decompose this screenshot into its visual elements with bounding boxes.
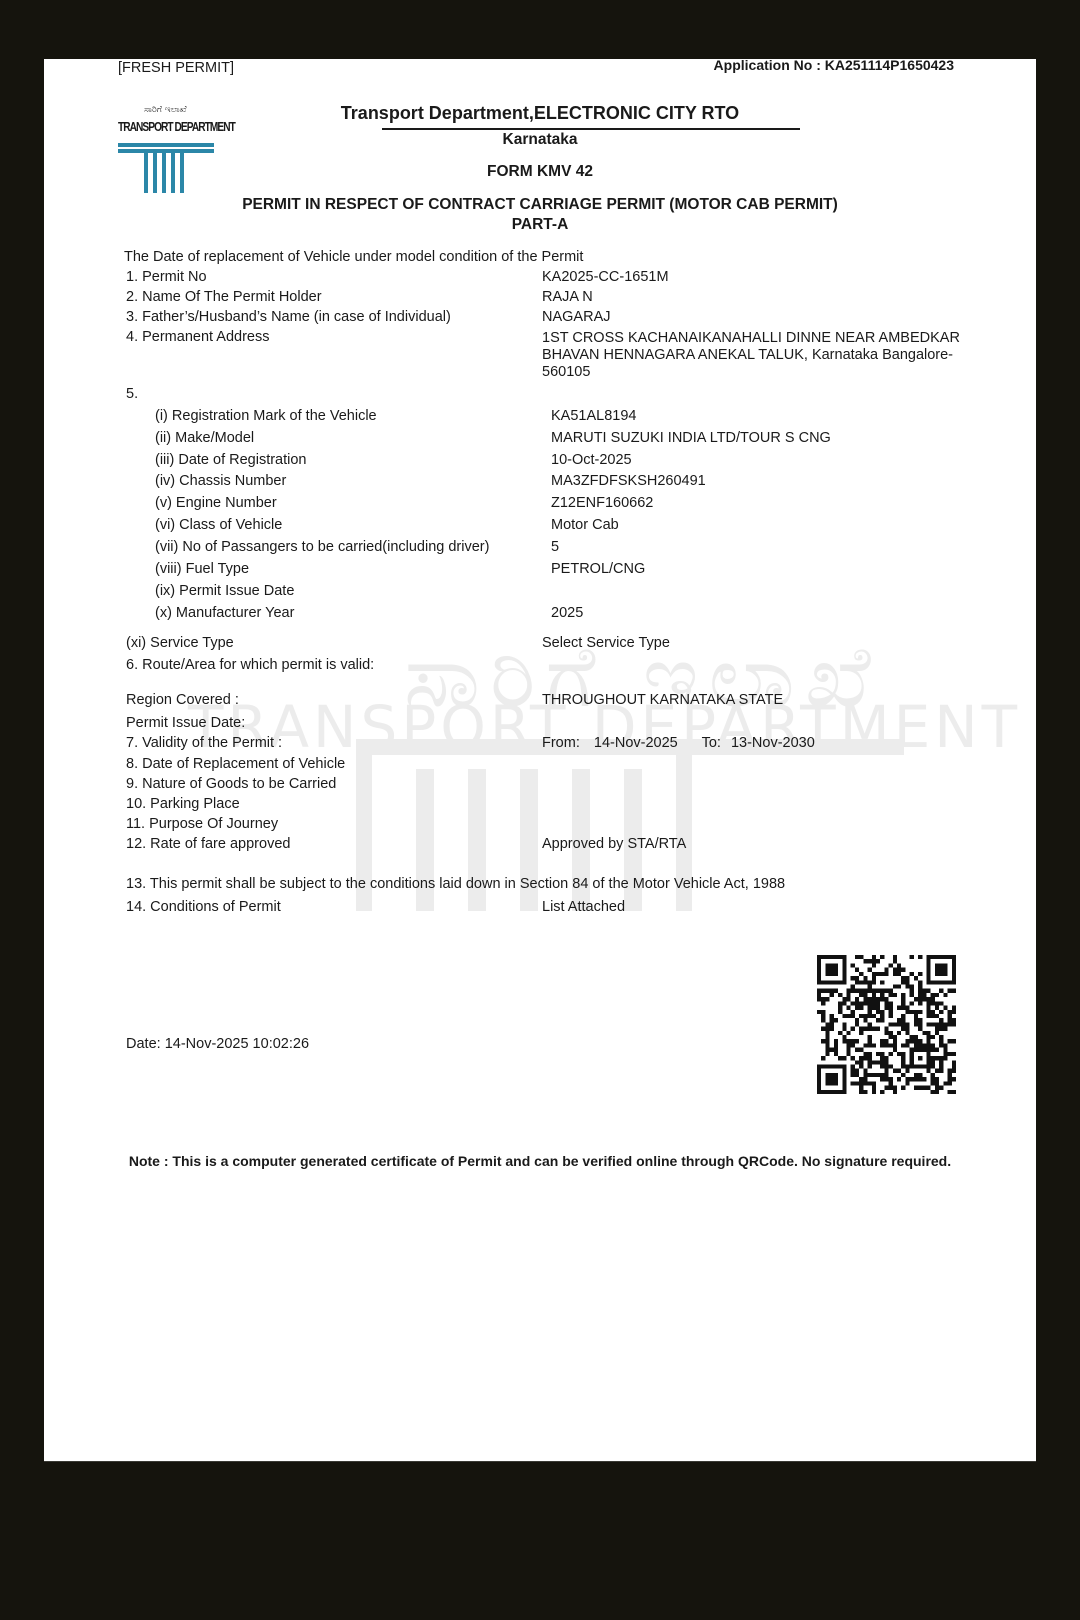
vehicle-field-label: (ix) Permit Issue Date — [155, 583, 294, 600]
route-label: 6. Route/Area for which permit is valid: — [126, 657, 374, 674]
vehicle-field-value: 10-Oct-2025 — [551, 452, 632, 469]
date-label: Date: — [126, 1036, 161, 1052]
vehicle-field-label: (vii) No of Passangers to be carried(inc… — [155, 539, 489, 556]
validity-from-label: From: — [542, 735, 580, 751]
permit-no-label: 1. Permit No — [126, 269, 207, 286]
title-underline — [382, 128, 800, 130]
vehicle-field-label: (v) Engine Number — [155, 495, 277, 512]
vehicle-field-label: (iii) Date of Registration — [155, 452, 307, 469]
permit-no-value: KA2025-CC-1651M — [542, 269, 669, 286]
validity-to-date: 13-Nov-2030 — [731, 735, 815, 751]
vehicle-field-label: (i) Registration Mark of the Vehicle — [155, 408, 377, 425]
permit-title: PERMIT IN RESPECT OF CONTRACT CARRIAGE P… — [44, 196, 1036, 214]
intro-line: The Date of replacement of Vehicle under… — [124, 249, 583, 266]
address-line: 560105 — [542, 364, 960, 381]
permit-issue-date-label: Permit Issue Date: — [126, 715, 245, 732]
holder-name-value: RAJA N — [542, 289, 593, 306]
application-no-value: KA251114P1650423 — [825, 57, 954, 73]
validity-to-label: To: — [702, 735, 721, 751]
logo-bar — [118, 149, 214, 153]
application-number: Application No : KA251114P1650423 — [714, 57, 954, 73]
parking-place-label: 10. Parking Place — [126, 796, 240, 813]
service-type-label: (xi) Service Type — [126, 635, 234, 652]
vehicle-field-value: MARUTI SUZUKI INDIA LTD/TOUR S CNG — [551, 430, 831, 447]
permit-document: ಸಾರಿಗೆ ಇಲಾಖೆ TRANSPORT DEPARTMENT [FRESH… — [44, 59, 1036, 1461]
replacement-date-label: 8. Date of Replacement of Vehicle — [126, 756, 345, 773]
vehicle-field-label: (iv) Chassis Number — [155, 473, 286, 490]
application-no-label: Application No : — [714, 57, 821, 73]
fare-label: 12. Rate of fare approved — [126, 836, 290, 853]
verification-note: Note : This is a computer generated cert… — [44, 1153, 1036, 1169]
form-name: FORM KMV 42 — [44, 163, 1036, 181]
vehicle-field-value: Z12ENF160662 — [551, 495, 653, 512]
permit-type-tag: [FRESH PERMIT] — [118, 60, 234, 76]
father-name-label: 3. Father’s/Husband’s Name (in case of I… — [126, 309, 451, 326]
validity-from-date: 14-Nov-2025 — [594, 735, 678, 751]
address-label: 4. Permanent Address — [126, 329, 269, 346]
purpose-label: 11. Purpose Of Journey — [126, 816, 278, 833]
validity-label: 7. Validity of the Permit : — [126, 735, 282, 752]
vehicle-field-value: KA51AL8194 — [551, 408, 636, 425]
state-name: Karnataka — [44, 131, 1036, 149]
vehicle-field-label: (ii) Make/Model — [155, 430, 254, 447]
nature-of-goods-label: 9. Nature of Goods to be Carried — [126, 776, 336, 793]
region-label: Region Covered : — [126, 692, 239, 709]
section-13-text: 13. This permit shall be subject to the … — [126, 876, 785, 893]
vehicle-field-label: (x) Manufacturer Year — [155, 605, 294, 622]
address-value: 1ST CROSS KACHANAIKANAHALLI DINNE NEAR A… — [542, 330, 960, 381]
issue-datetime: Date: 14-Nov-2025 10:02:26 — [126, 1036, 309, 1052]
office-title: Transport Department,ELECTRONIC CITY RTO — [44, 103, 1036, 124]
vehicle-field-value: PETROL/CNG — [551, 561, 645, 578]
vehicle-field-label: (viii) Fuel Type — [155, 561, 249, 578]
father-name-value: NAGARAJ — [542, 309, 611, 326]
address-line: 1ST CROSS KACHANAIKANAHALLI DINNE NEAR A… — [542, 330, 960, 347]
vehicle-field-label: (vi) Class of Vehicle — [155, 517, 282, 534]
qr-code-icon — [817, 955, 956, 1094]
date-value: 14-Nov-2025 10:02:26 — [165, 1036, 309, 1052]
address-line: BHAVAN HENNAGARA ANEKAL TALUK, Karnataka… — [542, 347, 960, 364]
vehicle-field-value: 2025 — [551, 605, 583, 622]
service-type-value: Select Service Type — [542, 635, 670, 652]
validity-value: From: 14-Nov-2025 To: 13-Nov-2030 — [542, 735, 815, 752]
part-label: PART-A — [44, 216, 1036, 234]
vehicle-field-value: Motor Cab — [551, 517, 619, 534]
vehicle-field-value: 5 — [551, 539, 559, 556]
conditions-label: 14. Conditions of Permit — [126, 899, 281, 916]
holder-name-label: 2. Name Of The Permit Holder — [126, 289, 322, 306]
fare-value: Approved by STA/RTA — [542, 836, 686, 853]
conditions-value: List Attached — [542, 899, 625, 916]
region-value: THROUGHOUT KARNATAKA STATE — [542, 692, 783, 709]
vehicle-field-value: MA3ZFDFSKSH260491 — [551, 473, 706, 490]
section-5-label: 5. — [126, 386, 138, 403]
